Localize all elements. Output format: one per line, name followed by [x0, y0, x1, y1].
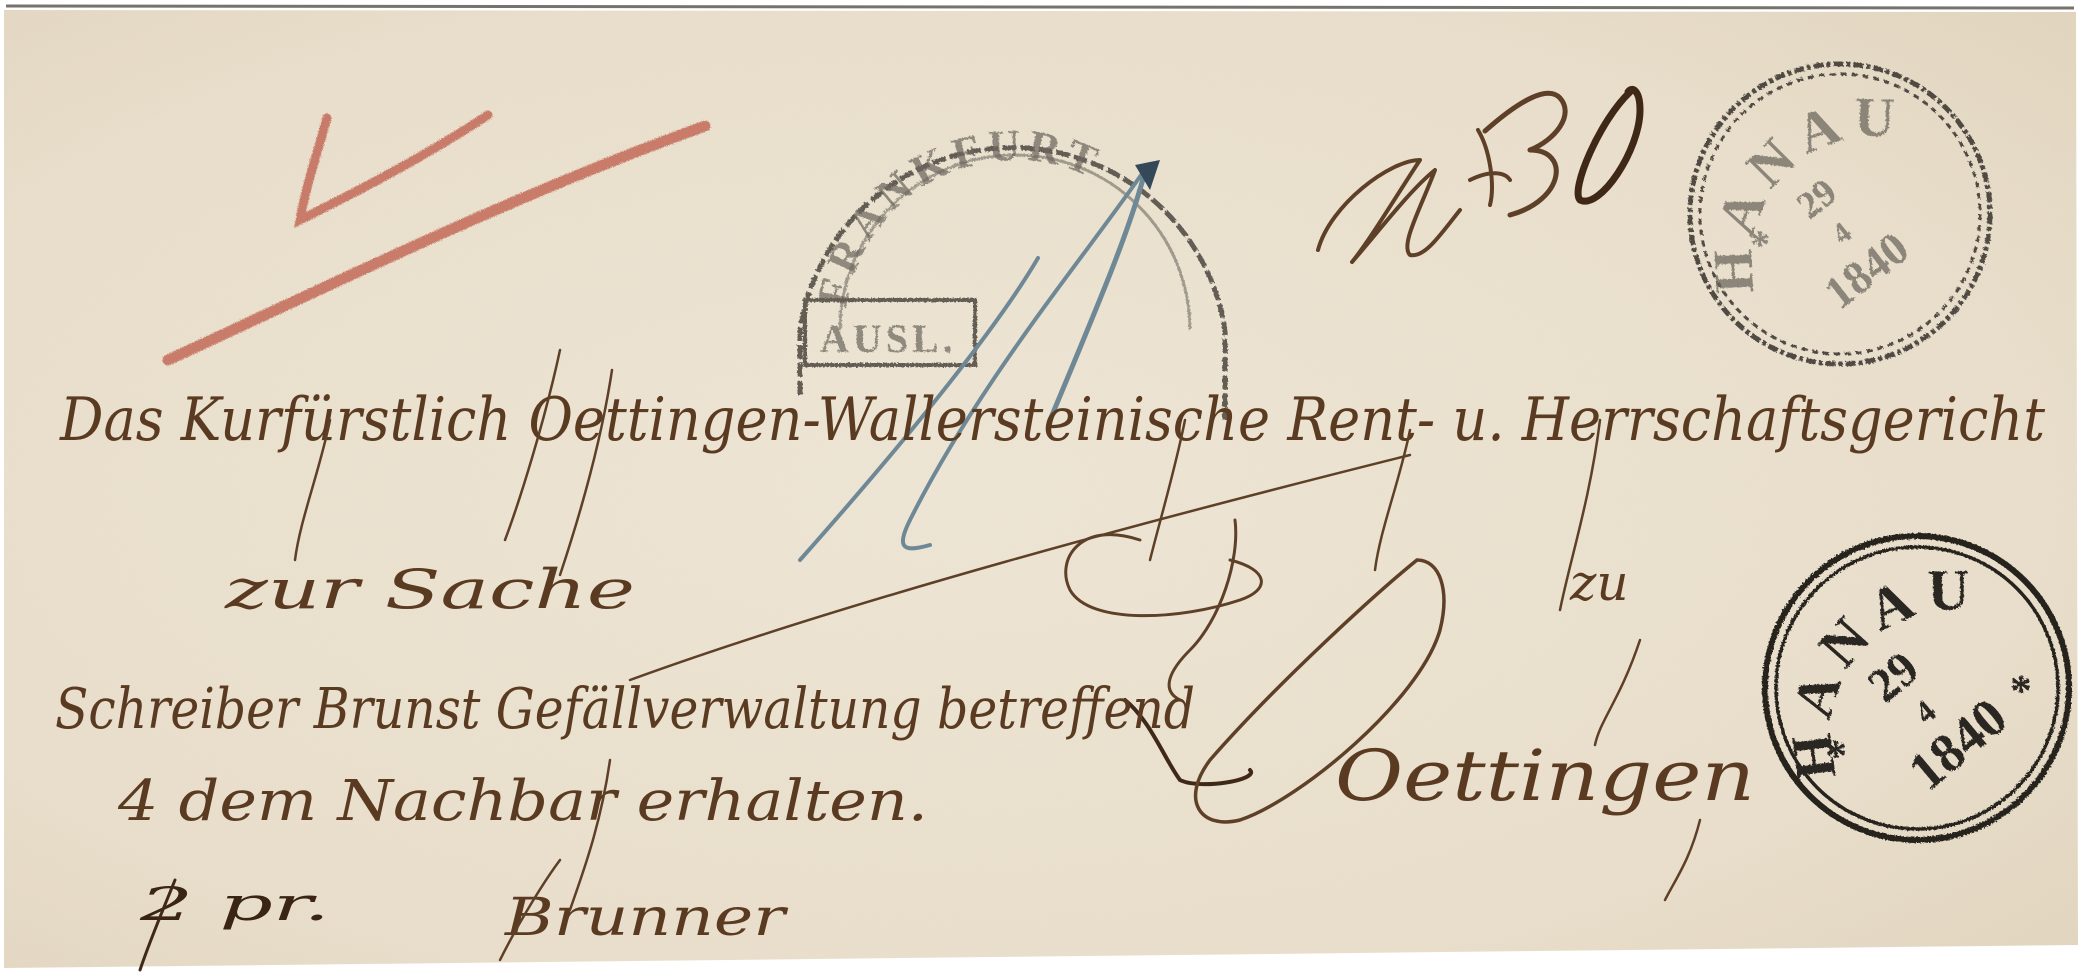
- top-edge-shadow: [6, 6, 2074, 8]
- cover-scan: FRANKFURT AUSL. 30 HANAU 29 4 1840 * HAN…: [0, 0, 2080, 976]
- address-line-2: zur Sache: [223, 558, 635, 621]
- postmark-lower-star-left: *: [1825, 731, 1847, 780]
- address-line-3: Schreiber Brunst Gefällverwaltung betref…: [55, 677, 1195, 742]
- destination-town: Oettingen: [1335, 735, 1755, 817]
- sender-signature: Brunner: [504, 888, 789, 948]
- semicircle-stamp-box-text: AUSL.: [820, 316, 957, 361]
- postmark-upper-star: *: [1750, 222, 1770, 267]
- postmark-lower-star-right: *: [2010, 666, 2032, 715]
- address-line-4: 4 dem Nachbar erhalten.: [117, 769, 928, 834]
- address-line-1: Das Kurfürstlich Oettingen-Wallersteinis…: [59, 385, 2046, 455]
- destination-prefix: zu: [1569, 554, 1629, 612]
- docket-note: 2 pr.: [138, 877, 330, 931]
